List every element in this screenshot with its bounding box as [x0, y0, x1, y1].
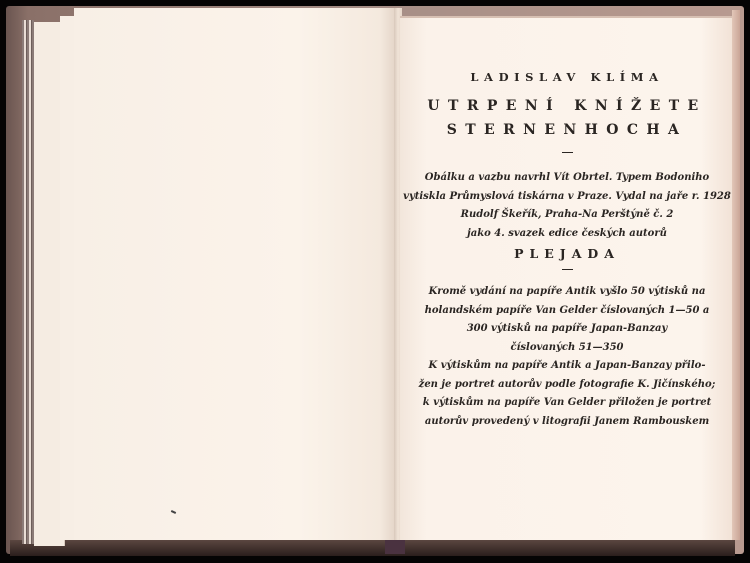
book-title-line-1: UTRPENÍ KNÍŽETE — [400, 94, 734, 118]
series-name: PLEJADA — [400, 246, 734, 261]
divider — [562, 269, 573, 270]
title-verso-text: LADISLAV KLÍMA UTRPENÍ KNÍŽETE STERNENHO… — [400, 70, 734, 431]
edition-note-line: číslovaných 51—350 — [400, 339, 734, 358]
edition-note-line: k výtiskům na papíře Van Gelder přiložen… — [400, 394, 734, 413]
colophon-line: vytiskla Průmyslová tiskárna v Praze. Vy… — [400, 188, 734, 207]
divider — [562, 152, 573, 153]
edition-note-line: Kromě vydání na papíře Antik vyšlo 50 vý… — [400, 283, 734, 302]
left-page-blank — [74, 8, 396, 540]
edition-note-line: žen je portret autorův podle fotografie … — [400, 376, 734, 395]
page-edges-stack — [22, 20, 34, 544]
book-title-line-2: STERNENHOCHA — [400, 118, 734, 142]
book-cover-bottom-edge — [10, 540, 735, 556]
colophon-line: jako 4. svazek edice českých autorů — [400, 225, 734, 244]
edition-note-line: holandském papíře Van Gelder číslovaných… — [400, 302, 734, 321]
edition-note-line: 300 výtisků na papíře Japan-Banzay — [400, 320, 734, 339]
colophon-line: Rudolf Škeřík, Praha-Na Perštýně č. 2 — [400, 206, 734, 225]
edition-note-line: autorův provedený v litografii Janem Ram… — [400, 413, 734, 432]
author-name: LADISLAV KLÍMA — [400, 70, 734, 84]
spine-bottom — [385, 540, 405, 554]
edition-note-line: K výtiskům na papíře Antik a Japan-Banza… — [400, 357, 734, 376]
colophon-line: Obálku a vazbu navrhl Vít Obrtel. Typem … — [400, 169, 734, 188]
page-edges-stack — [60, 16, 75, 540]
